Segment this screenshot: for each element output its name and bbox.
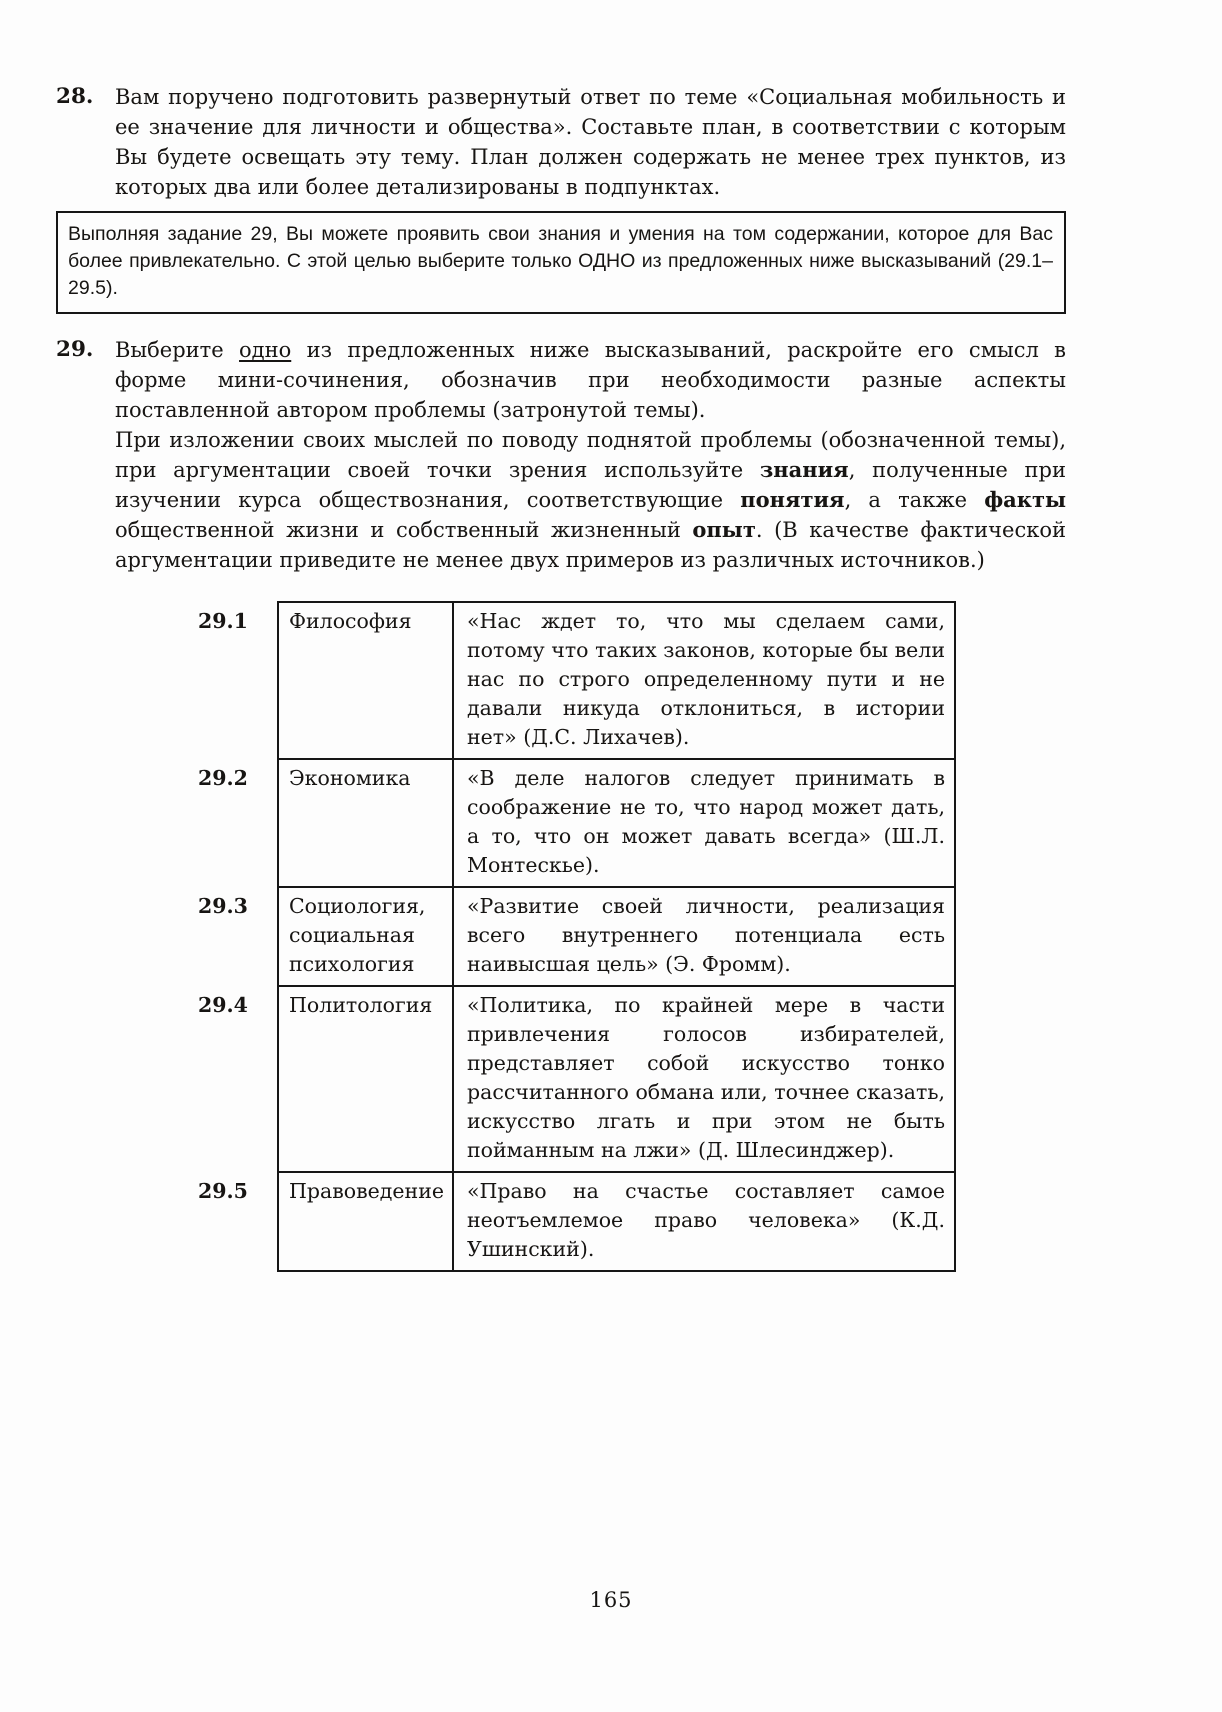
text-segment: одно — [239, 338, 291, 362]
task-28-text: Вам поручено подготовить развернутый отв… — [115, 82, 1066, 202]
row-subject: Политология — [278, 986, 453, 1172]
text-segment: Выберите — [115, 338, 239, 362]
statements-table-body: 29.1 Философия «Нас ждет то, что мы сдел… — [198, 602, 955, 1271]
page-number: 165 — [0, 1588, 1222, 1612]
table-row: 29.5 Правоведение «Право на счастье сост… — [198, 1172, 955, 1271]
text-segment: опыт — [692, 517, 755, 542]
row-number: 29.5 — [198, 1172, 278, 1271]
row-quote: «Политика, по крайней мере в части привл… — [453, 986, 955, 1172]
task-28-number: 28. — [56, 82, 115, 112]
task-29-paragraph-2: При изложении своих мыслей по поводу под… — [115, 425, 1066, 575]
row-quote: «Право на счастье составляет самое неотъ… — [453, 1172, 955, 1271]
task-28-body: Вам поручено подготовить развернутый отв… — [115, 82, 1066, 202]
task-28: 28. Вам поручено подготовить развернутый… — [56, 82, 1066, 202]
row-quote: «В деле налогов следует принимать в сооб… — [453, 759, 955, 887]
row-number: 29.3 — [198, 887, 278, 986]
text-segment: факты — [984, 487, 1066, 512]
row-subject: Философия — [278, 602, 453, 759]
note-text: Выполняя задание 29, Вы можете проявить … — [68, 223, 1053, 299]
text-segment: понятия — [740, 487, 844, 512]
task-29-paragraph-1: Выберите одно из предложенных ниже выска… — [115, 335, 1066, 425]
row-subject: Социология, социальная психология — [278, 887, 453, 986]
table-row: 29.2 Экономика «В деле налогов следует п… — [198, 759, 955, 887]
table-row: 29.1 Философия «Нас ждет то, что мы сдел… — [198, 602, 955, 759]
text-segment: общественной жизни и собственный жизненн… — [115, 518, 692, 542]
row-number: 29.2 — [198, 759, 278, 887]
row-quote: «Развитие своей личности, реализация все… — [453, 887, 955, 986]
task-29: 29. Выберите одно из предложенных ниже в… — [56, 335, 1066, 575]
table-row: 29.3 Социология, социальная психология «… — [198, 887, 955, 986]
row-quote: «Нас ждет то, что мы сделаем сами, потом… — [453, 602, 955, 759]
row-subject: Правоведение — [278, 1172, 453, 1271]
page-content: 28. Вам поручено подготовить развернутый… — [56, 82, 1066, 1272]
document-page: 28. Вам поручено подготовить развернутый… — [0, 0, 1222, 1712]
row-number: 29.4 — [198, 986, 278, 1172]
statements-table: 29.1 Философия «Нас ждет то, что мы сдел… — [198, 601, 1066, 1272]
row-number: 29.1 — [198, 602, 278, 759]
table-row: 29.4 Политология «Политика, по крайней м… — [198, 986, 955, 1172]
task-29-number: 29. — [56, 335, 115, 365]
task-29-body: Выберите одно из предложенных ниже выска… — [115, 335, 1066, 575]
row-subject: Экономика — [278, 759, 453, 887]
text-segment: знания — [760, 457, 849, 482]
text-segment: , а также — [845, 488, 985, 512]
note-box: Выполняя задание 29, Вы можете проявить … — [56, 211, 1066, 314]
statements-table-grid: 29.1 Философия «Нас ждет то, что мы сдел… — [198, 601, 956, 1272]
